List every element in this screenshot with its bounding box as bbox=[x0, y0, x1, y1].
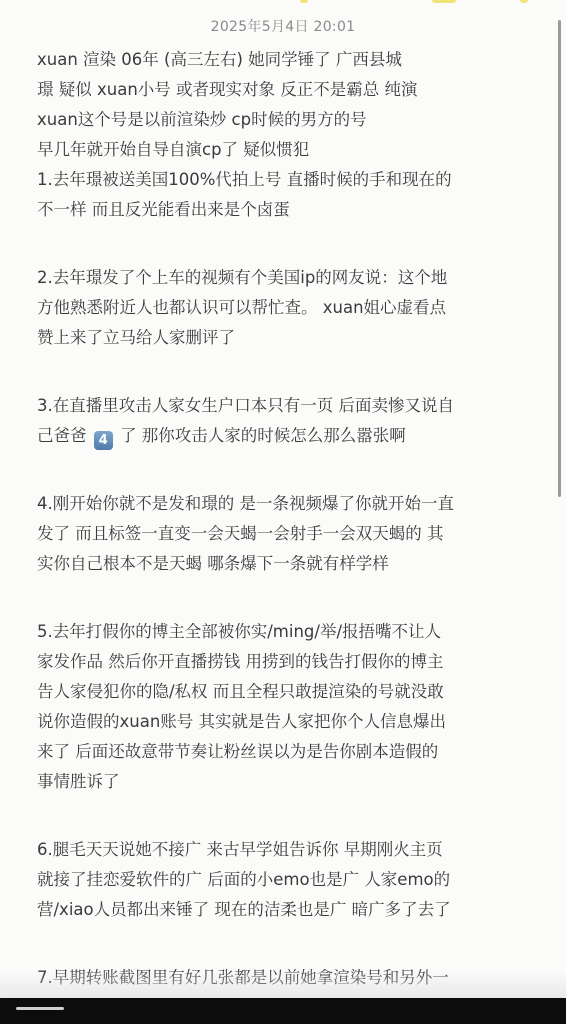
text-segment: 了 那你攻击人家的时候怎么那么嚣张啊 bbox=[120, 426, 406, 445]
text-line: 己爸爸 4 了 那你攻击人家的时候怎么那么嚣张啊 bbox=[37, 421, 537, 451]
text-line: 璟 疑似 xuan小号 或者现实对象 反正不是霸总 纯演 bbox=[37, 75, 537, 105]
text-line: xuan 渲染 06年 (高三左右) 她同学锤了 广西县城 bbox=[37, 45, 537, 75]
point-3: 3.在直播里攻击人家女生户口本只有一页 后面卖惨又说自 己爸爸 4 了 那你攻击… bbox=[37, 391, 537, 451]
text-line: 6.腿毛天天说她不接广 来古早学姐告诉你 早期刚火主页 bbox=[37, 835, 537, 865]
text-line: 事情胜诉了 bbox=[37, 767, 537, 797]
text-line: 2.去年璟发了个上车的视频有个美国ip的网友说：这个地 bbox=[37, 263, 537, 293]
note-content[interactable]: xuan 渲染 06年 (高三左右) 她同学锤了 广西县城 璟 疑似 xuan小… bbox=[37, 45, 537, 1023]
text-line: xuan这个号是以前渲染炒 cp时候的男方的号 bbox=[37, 105, 537, 135]
highlight-mark bbox=[520, 0, 528, 3]
text-line: 4.刚开始你就不是发和璟的 是一条视频爆了你就开始一直 bbox=[37, 489, 537, 519]
text-line: 营/xiao人员都出来锤了 现在的洁柔也是广 暗广多了去了 bbox=[37, 895, 537, 925]
scrollbar[interactable] bbox=[558, 20, 561, 497]
text-line: 说你造假的xuan账号 其实就是告人家把你个人信息爆出 bbox=[37, 707, 537, 737]
point-4: 4.刚开始你就不是发和璟的 是一条视频爆了你就开始一直 发了 而且标签一直变一会… bbox=[37, 489, 537, 579]
top-highlight-strip bbox=[0, 0, 566, 6]
text-line: 发了 而且标签一直变一会天蝎一会射手一会双天蝎的 其 bbox=[37, 519, 537, 549]
text-line: 方他熟悉附近人也都认识可以帮忙查。 xuan姐心虚看点 bbox=[37, 293, 537, 323]
text-line: 不一样 而且反光能看出来是个卤蛋 bbox=[37, 195, 537, 225]
highlight-mark bbox=[432, 0, 456, 3]
keycap-four-icon: 4 bbox=[94, 431, 113, 450]
text-line: 就接了挂恋爱软件的广 后面的小emo也是广 人家emo的 bbox=[37, 865, 537, 895]
note-timestamp: 2025年5月4日 20:01 bbox=[0, 16, 566, 36]
home-indicator[interactable] bbox=[16, 1007, 64, 1010]
text-line: 5.去年打假你的博主全部被你实/ming/举/报捂嘴不让人 bbox=[37, 617, 537, 647]
point-2: 2.去年璟发了个上车的视频有个美国ip的网友说：这个地 方他熟悉附近人也都认识可… bbox=[37, 263, 537, 353]
note-intro: xuan 渲染 06年 (高三左右) 她同学锤了 广西县城 璟 疑似 xuan小… bbox=[37, 45, 537, 165]
text-line: 实你自己根本不是天蝎 哪条爆下一条就有样学样 bbox=[37, 549, 537, 579]
text-segment: 己爸爸 bbox=[37, 426, 87, 445]
point-6: 6.腿毛天天说她不接广 来古早学姐告诉你 早期刚火主页 就接了挂恋爱软件的广 后… bbox=[37, 835, 537, 925]
text-line: 3.在直播里攻击人家女生户口本只有一页 后面卖惨又说自 bbox=[37, 391, 537, 421]
text-line: 赞上来了立马给人家删评了 bbox=[37, 323, 537, 353]
text-line: 告人家侵犯你的隐/私权 而且全程只敢提渲染的号就没敢 bbox=[37, 677, 537, 707]
text-line: 1.去年璟被送美国100%代拍上号 直播时候的手和现在的 bbox=[37, 165, 537, 195]
point-1: 1.去年璟被送美国100%代拍上号 直播时候的手和现在的 不一样 而且反光能看出… bbox=[37, 165, 537, 225]
bottom-system-bar bbox=[0, 998, 566, 1024]
highlight-mark bbox=[300, 0, 308, 3]
text-line: 家发作品 然后你开直播捞钱 用捞到的钱告打假你的博主 bbox=[37, 647, 537, 677]
text-line: 早几年就开始自导自演cp了 疑似惯犯 bbox=[37, 135, 537, 165]
text-line: 来了 后面还故意带节奏让粉丝误以为是告你剧本造假的 bbox=[37, 737, 537, 767]
point-5: 5.去年打假你的博主全部被你实/ming/举/报捂嘴不让人 家发作品 然后你开直… bbox=[37, 617, 537, 797]
